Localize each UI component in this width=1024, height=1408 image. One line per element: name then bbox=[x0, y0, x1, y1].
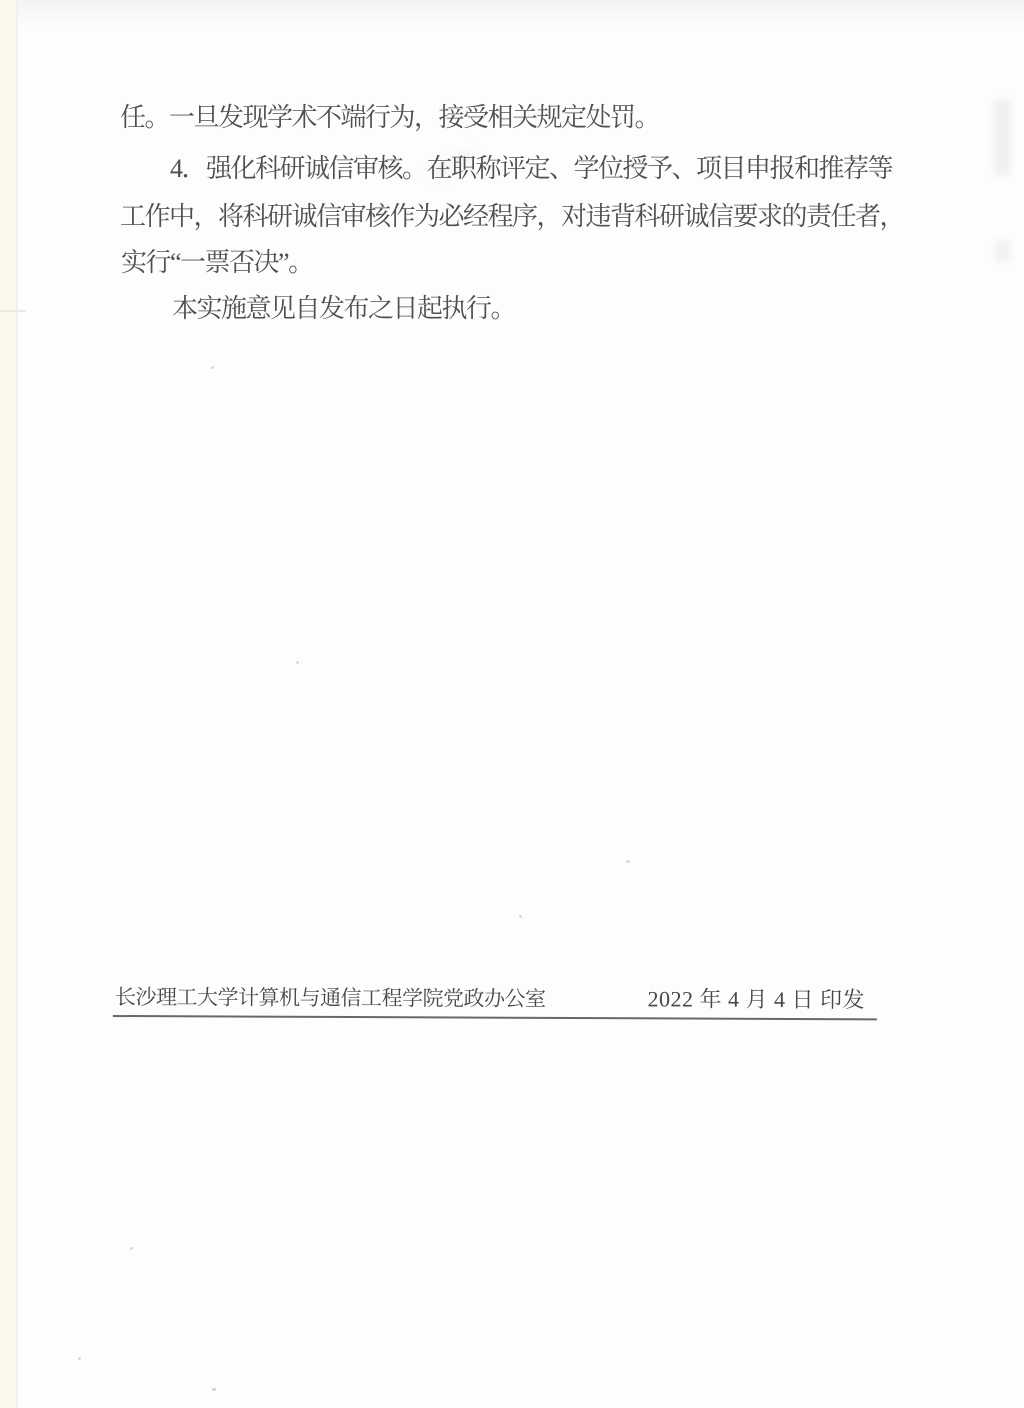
scan-speck bbox=[211, 366, 214, 369]
scan-speck bbox=[626, 860, 630, 863]
issuance-footer-row: 长沙理工大学计算机与通信工程学院党政办公室 2022 年 4 月 4 日 印发 bbox=[113, 980, 877, 1018]
scan-smudge bbox=[996, 240, 1010, 262]
body-line-3: 工作中，将科研诚信审核作为必经程序，对违背科研诚信要求的责任者， bbox=[120, 204, 904, 230]
scan-speck bbox=[519, 915, 522, 918]
scan-left-edge bbox=[0, 0, 16, 1408]
scan-speck bbox=[78, 1357, 81, 1360]
scan-speck bbox=[296, 661, 299, 664]
issue-date: 2022 年 4 月 4 日 印发 bbox=[647, 982, 875, 1014]
scan-left-mark bbox=[0, 310, 26, 312]
scanned-document-page: 任。一旦发现学术不端行为，接受相关规定处罚。 4．强化科研诚信审核。在职称评定、… bbox=[0, 0, 1024, 1408]
body-line-4: 实行“一票否决”。 bbox=[121, 250, 313, 276]
scan-speck bbox=[212, 1388, 216, 1391]
scan-top-shadow bbox=[0, 0, 1024, 26]
scan-smudge bbox=[994, 100, 1010, 175]
issuance-footer: 长沙理工大学计算机与通信工程学院党政办公室 2022 年 4 月 4 日 印发 bbox=[113, 980, 877, 1020]
body-line-1: 任。一旦发现学术不端行为，接受相关规定处罚。 bbox=[120, 105, 659, 131]
body-line-2: 4．强化科研诚信审核。在职称评定、学位授予、项目申报和推荐等 bbox=[170, 156, 892, 182]
issuing-office: 长沙理工大学计算机与通信工程学院党政办公室 bbox=[115, 981, 546, 1013]
scan-left-edge-line bbox=[16, 0, 18, 1408]
body-line-5: 本实施意见自发布之日起执行。 bbox=[172, 296, 515, 322]
scan-speck bbox=[130, 1247, 133, 1250]
